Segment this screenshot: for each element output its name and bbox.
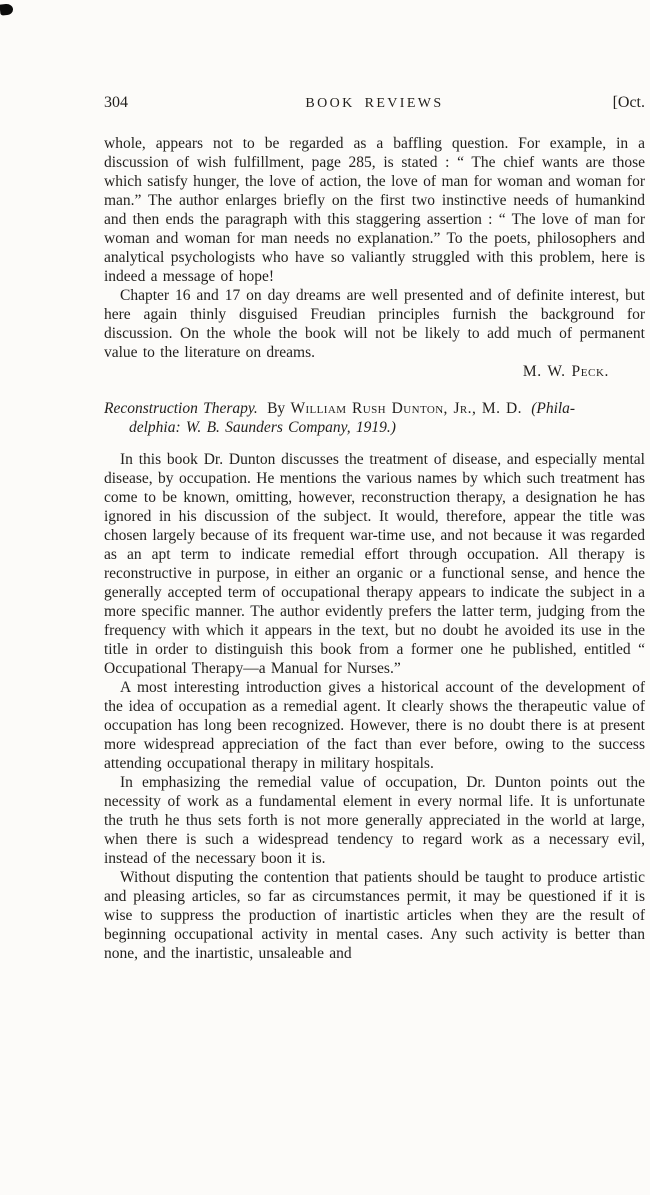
citation-line-2: delphia: W. B. Saunders Company, 1919.) [104, 418, 645, 437]
review-paragraph: A most interesting introduction gives a … [104, 678, 645, 773]
book-author: William Rush Dunton, Jr., M. D. [290, 400, 521, 417]
review-paragraph: Chapter 16 and 17 on day dreams are well… [104, 286, 645, 362]
publisher-part-2: delphia: W. B. Saunders Company, 1919.) [129, 419, 396, 436]
reviewer-signature: M. W. Peck. [104, 362, 645, 381]
review-paragraph-continuation: whole, appears not to be regarded as a b… [104, 134, 645, 286]
review-paragraph: In this book Dr. Dunton discusses the tr… [104, 450, 645, 678]
book-citation: Reconstruction Therapy. By William Rush … [104, 399, 645, 437]
running-header: 304 BOOK REVIEWS [Oct. [104, 94, 645, 112]
page-number: 304 [104, 94, 305, 112]
citation-line-1: Reconstruction Therapy. By William Rush … [104, 399, 645, 418]
text-block: whole, appears not to be regarded as a b… [104, 134, 645, 963]
running-title: BOOK REVIEWS [305, 96, 443, 112]
book-title: Reconstruction Therapy. [104, 400, 258, 417]
ink-blot-scan-artifact [0, 3, 14, 15]
issue-label: [Oct. [444, 94, 645, 112]
review-paragraph: Without disputing the contention that pa… [104, 868, 645, 963]
review-paragraph: In emphasizing the remedial value of occ… [104, 773, 645, 868]
publisher-part-1: (Phila- [531, 400, 575, 417]
scanned-journal-page: 304 BOOK REVIEWS [Oct. whole, appears no… [0, 0, 650, 1195]
citation-by: By [267, 400, 285, 417]
